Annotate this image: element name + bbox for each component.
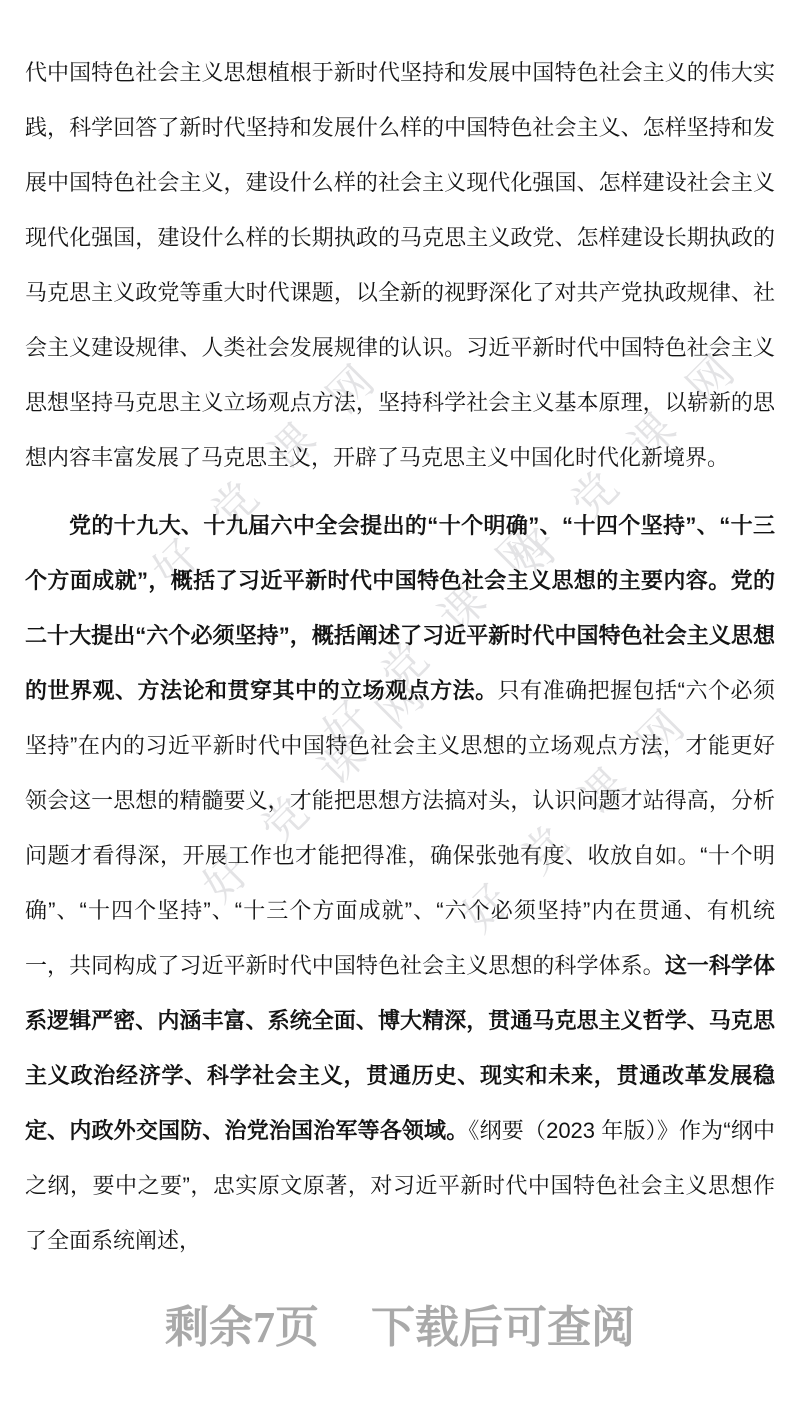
paragraph: 党的十九大、十九届六中全会提出的“十个明确”、“十四个坚持”、“十三个方面成就”… bbox=[25, 498, 775, 1268]
document-page: 好党课网好党课网好党课网好党课网好党课网 代中国特色社会主义思想植根于新时代坚持… bbox=[0, 0, 800, 1410]
paragraph: 代中国特色社会主义思想植根于新时代坚持和发展中国特色社会主义的伟大实践，科学回答… bbox=[25, 45, 775, 485]
text-segment: 这一科学体系逻辑严密、内涵丰富、系统全面、博大精深，贯通马克思主义哲学、马克思主… bbox=[25, 953, 775, 1143]
remaining-pages-label: 剩余7页 bbox=[165, 1303, 319, 1352]
text-segment: 代中国特色社会主义思想植根于新时代坚持和发展中国特色社会主义的伟大实践，科学回答… bbox=[25, 60, 775, 470]
document-content: 代中国特色社会主义思想植根于新时代坚持和发展中国特色社会主义的伟大实践，科学回答… bbox=[0, 0, 800, 1268]
text-segment: 只有准确把握包括“六个必须坚持”在内的习近平新时代中国特色社会主义思想的立场观点… bbox=[25, 678, 775, 978]
page-footer: 剩余7页下载后可查阅 bbox=[0, 1306, 800, 1350]
download-hint-label: 下载后可查阅 bbox=[371, 1303, 635, 1352]
text-segment: 党的十九大、十九届六中全会提出的“十个明确”、“十四个坚持”、“十三个方面成就”… bbox=[25, 513, 775, 703]
